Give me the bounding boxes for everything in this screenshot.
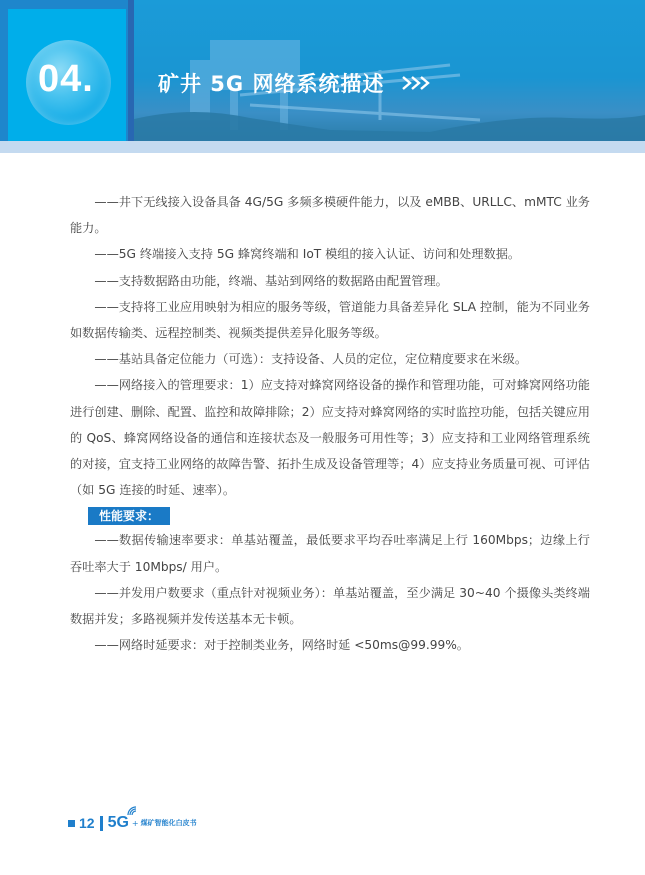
document-body: ——井下无线接入设备具备 4G/5G 多频多模硬件能力，以及 eMBB、URLL…	[70, 189, 590, 658]
paragraph: ——基站具备定位能力（可选）：支持设备、人员的定位，定位精度要求在米级。	[70, 346, 590, 372]
brand-plus: +	[132, 819, 139, 828]
footer-divider	[100, 816, 103, 831]
page-number: 12	[79, 815, 95, 831]
book-title: 煤矿智能化白皮书	[141, 818, 197, 828]
paragraph: ——网络时延要求：对于控制类业务，网络时延 <50ms@99.99%。	[70, 632, 590, 658]
banner-divider	[128, 0, 134, 141]
paragraph: ——支持数据路由功能，终端、基站到网络的数据路由配置管理。	[70, 268, 590, 294]
square-bullet-icon	[68, 820, 75, 827]
paragraph: ——井下无线接入设备具备 4G/5G 多频多模硬件能力，以及 eMBB、URLL…	[70, 189, 590, 241]
paragraph: ——5G 终端接入支持 5G 蜂窝终端和 IoT 模组的接入认证、访问和处理数据…	[70, 241, 590, 267]
paragraph: ——数据传输速率要求：单基站覆盖，最低要求平均吞吐率满足上行 160Mbps；边…	[70, 527, 590, 579]
section-heading-row: 性能要求：	[70, 503, 590, 527]
paragraph: ——网络接入的管理要求：1）应支持对蜂窝网络设备的操作和管理功能，可对蜂窝网络功…	[70, 372, 590, 503]
paragraph: ——并发用户数要求（重点针对视频业务）：单基站覆盖，至少满足 30~40 个摄像…	[70, 580, 590, 632]
chapter-title: 矿井 5G 网络系统描述	[158, 68, 433, 98]
chapter-number: 04.	[38, 58, 94, 101]
chevrons-right-icon	[401, 72, 433, 96]
chapter-banner: 04. 矿井 5G 网络系统描述	[0, 0, 645, 141]
banner-underline-band	[0, 141, 645, 153]
brand-5g: 5G	[108, 814, 129, 832]
wifi-signal-icon	[127, 806, 137, 816]
page-footer: 12 5G + 煤矿智能化白皮书	[68, 812, 197, 834]
chapter-title-text: 矿井 5G 网络系统描述	[158, 72, 384, 96]
brand-text: 5G	[108, 814, 129, 831]
section-label-performance: 性能要求：	[88, 507, 170, 525]
paragraph: ——支持将工业应用映射为相应的服务等级，管道能力具备差异化 SLA 控制，能为不…	[70, 294, 590, 346]
